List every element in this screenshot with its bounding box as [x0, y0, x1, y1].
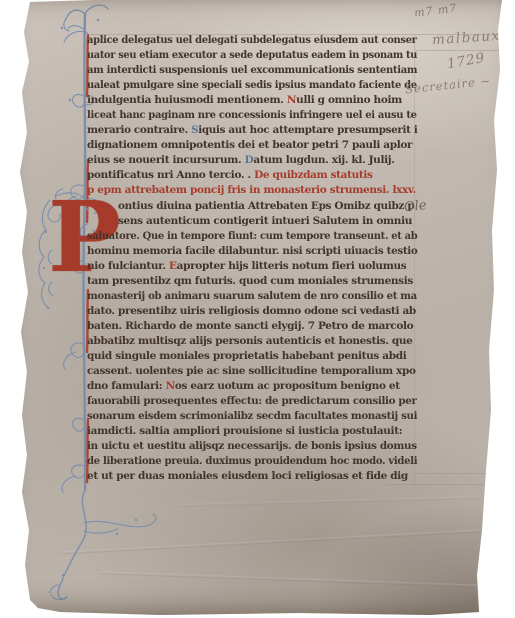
text-line: liceat hanc paginam nre concessionis inf…: [87, 108, 402, 123]
text-block: aplice delegatus uel delegati subdelegat…: [87, 33, 417, 484]
text-segment: monasterij ob animaru suarum salutem de …: [87, 290, 417, 302]
text-segment: in uictu et uestitu alijsqz necessarijs.…: [87, 440, 417, 452]
parchment-leaf: P aplice delegatus uel delegati subdeleg…: [0, 0, 515, 618]
text-segment: iamdicti. saltia ampliori prouisione si …: [87, 425, 402, 437]
text-line: aplice delegatus uel delegati subdelegat…: [87, 33, 399, 48]
text-segment: aplice delegatus uel delegati subdelegat…: [87, 34, 417, 46]
ruling-line: [415, 50, 500, 51]
text-line: tam presentibz qm futuris. quod cum moni…: [87, 274, 417, 289]
text-segment: ualeat pmulgare sine speciali sedis ipsi…: [87, 79, 417, 91]
text-line: ualeat pmulgare sine speciali sedis ipsi…: [87, 78, 400, 93]
text-segment: indulgentia huiusmodi mentionem.: [87, 94, 287, 106]
text-line: saluatore. Que in tempore fiunt: cum tem…: [87, 229, 400, 244]
text-segment: N: [166, 380, 175, 392]
text-segment: ontius diuina patientia Attrebaten Eps O…: [118, 200, 414, 212]
text-segment: ulli g omnino hoim: [296, 94, 402, 106]
text-line: indulgentia huiusmodi mentionem. Nulli g…: [87, 93, 417, 108]
text-segment: tam presentibz qm futuris. quod cum moni…: [87, 275, 413, 287]
text-segment: iquis aut hoc attemptare presumpserit i: [198, 124, 417, 136]
text-segment: de liberatione preuia. duximus prouidend…: [87, 455, 417, 467]
text-segment: eius se nouerit incursurum.: [87, 154, 245, 166]
annotation-role: Secretaire ~: [405, 74, 492, 97]
text-line: dignationem omnipotentis dei et beator p…: [87, 138, 417, 153]
text-line: sens autenticum contigerit intueri Salut…: [118, 214, 417, 229]
text-segment: baten. Richardo de monte sancti elygij. …: [87, 320, 413, 332]
annotation-shelfmark: m7 m7: [413, 1, 458, 19]
text-segment: N: [287, 94, 296, 106]
text-segment: sens autenticum contigerit intueri Salut…: [118, 215, 412, 227]
text-line: in uictu et uestitu alijsqz necessarijs.…: [87, 439, 414, 454]
text-line: monasterij ob animaru suarum salutem de …: [87, 289, 406, 304]
text-line: quid singule moniales proprietatis habeb…: [87, 349, 417, 364]
text-line: pontificatus nri Anno tercio. . De quibz…: [87, 168, 417, 183]
text-line: dato. presentibz uiris religiosis domno …: [87, 304, 417, 319]
text-line: fauorabili prosequentes effectu: de pred…: [87, 394, 411, 409]
text-segment: pontificatus nri Anno tercio. .: [87, 169, 254, 181]
text-segment: merario contraire.: [87, 124, 191, 136]
text-line: am interdicti suspensionis uel excommuni…: [87, 63, 403, 78]
text-segment: quid singule moniales proprietatis habeb…: [87, 350, 406, 362]
text-segment: atum lugdun. xij. kl. Julij.: [253, 154, 394, 166]
text-segment: De quibzdam statutis: [254, 169, 372, 181]
text-line: dno famulari: Nos earz uotum ac proposit…: [87, 379, 417, 394]
text-segment: E: [169, 260, 177, 272]
text-segment: fauorabili prosequentes effectu: de pred…: [87, 395, 417, 407]
annotation-year: 1729: [446, 50, 487, 72]
text-line: abbatibz multisqz alijs personis autenti…: [87, 334, 417, 349]
text-line: et ut per duas moniales eiusdem loci rel…: [87, 469, 417, 484]
text-segment: saluatore. Que in tempore fiunt: cum tem…: [87, 230, 417, 242]
text-line: baten. Richardo de monte sancti elygij. …: [87, 319, 417, 334]
text-line: ontius diuina patientia Attrebaten Eps O…: [118, 199, 417, 214]
text-line: de liberatione preuia. duximus prouidend…: [87, 454, 404, 469]
text-segment: uator seu etiam executor a sede deputatu…: [87, 49, 417, 61]
text-line: uator seu etiam executor a sede deputatu…: [87, 48, 395, 63]
text-segment: et ut per duas moniales eiusdem loci rel…: [87, 470, 408, 482]
text-segment: sonarum eisdem scrimonialibz secdm facul…: [87, 410, 417, 422]
text-segment: dato. presentibz uiris religiosis domno …: [87, 305, 416, 317]
text-line: cassent. uolentes pie ac sine sollicitud…: [87, 364, 417, 379]
text-segment: apropter hijs litteris notum fieri uolum…: [177, 260, 407, 272]
text-line: sonarum eisdem scrimonialibz secdm facul…: [87, 409, 408, 424]
text-segment: cassent. uolentes pie ac sine sollicitud…: [87, 365, 416, 377]
text-segment: dno famulari:: [87, 380, 166, 392]
annotation-margin-note: Ole: [403, 198, 427, 215]
text-segment: os earz uotum ac propositum benigno et: [175, 380, 400, 392]
text-line: hominu memoria facile dilabuntur. nisi s…: [87, 244, 413, 259]
text-line: p epm attrebatem poncij fris in monaster…: [87, 183, 417, 198]
text-segment: nio fulciantur.: [87, 260, 169, 272]
text-segment: am interdicti suspensionis uel excommuni…: [87, 64, 417, 76]
ruling-line: [415, 473, 498, 474]
text-segment: abbatibz multisqz alijs personis autenti…: [87, 335, 413, 347]
parchment-crease: [180, 496, 480, 507]
text-line: merario contraire. Siquis aut hoc attemp…: [87, 123, 413, 138]
text-segment: p epm attrebatem poncij fris in monaster…: [87, 184, 416, 196]
manuscript-photo: P aplice delegatus uel delegati subdeleg…: [0, 0, 515, 618]
text-segment: liceat hanc paginam nre concessionis inf…: [87, 109, 417, 121]
annotation-name: malbaux: [432, 28, 502, 49]
text-segment: hominu memoria facile dilabuntur. nisi s…: [87, 245, 417, 257]
text-segment: dignationem omnipotentis dei et beator p…: [87, 139, 412, 151]
text-line: iamdicti. saltia ampliori prouisione si …: [87, 424, 417, 439]
text-line: nio fulciantur. Eapropter hijs litteris …: [87, 259, 417, 274]
text-line: eius se nouerit incursurum. Datum lugdun…: [87, 153, 417, 168]
text-segment: S: [191, 124, 198, 136]
